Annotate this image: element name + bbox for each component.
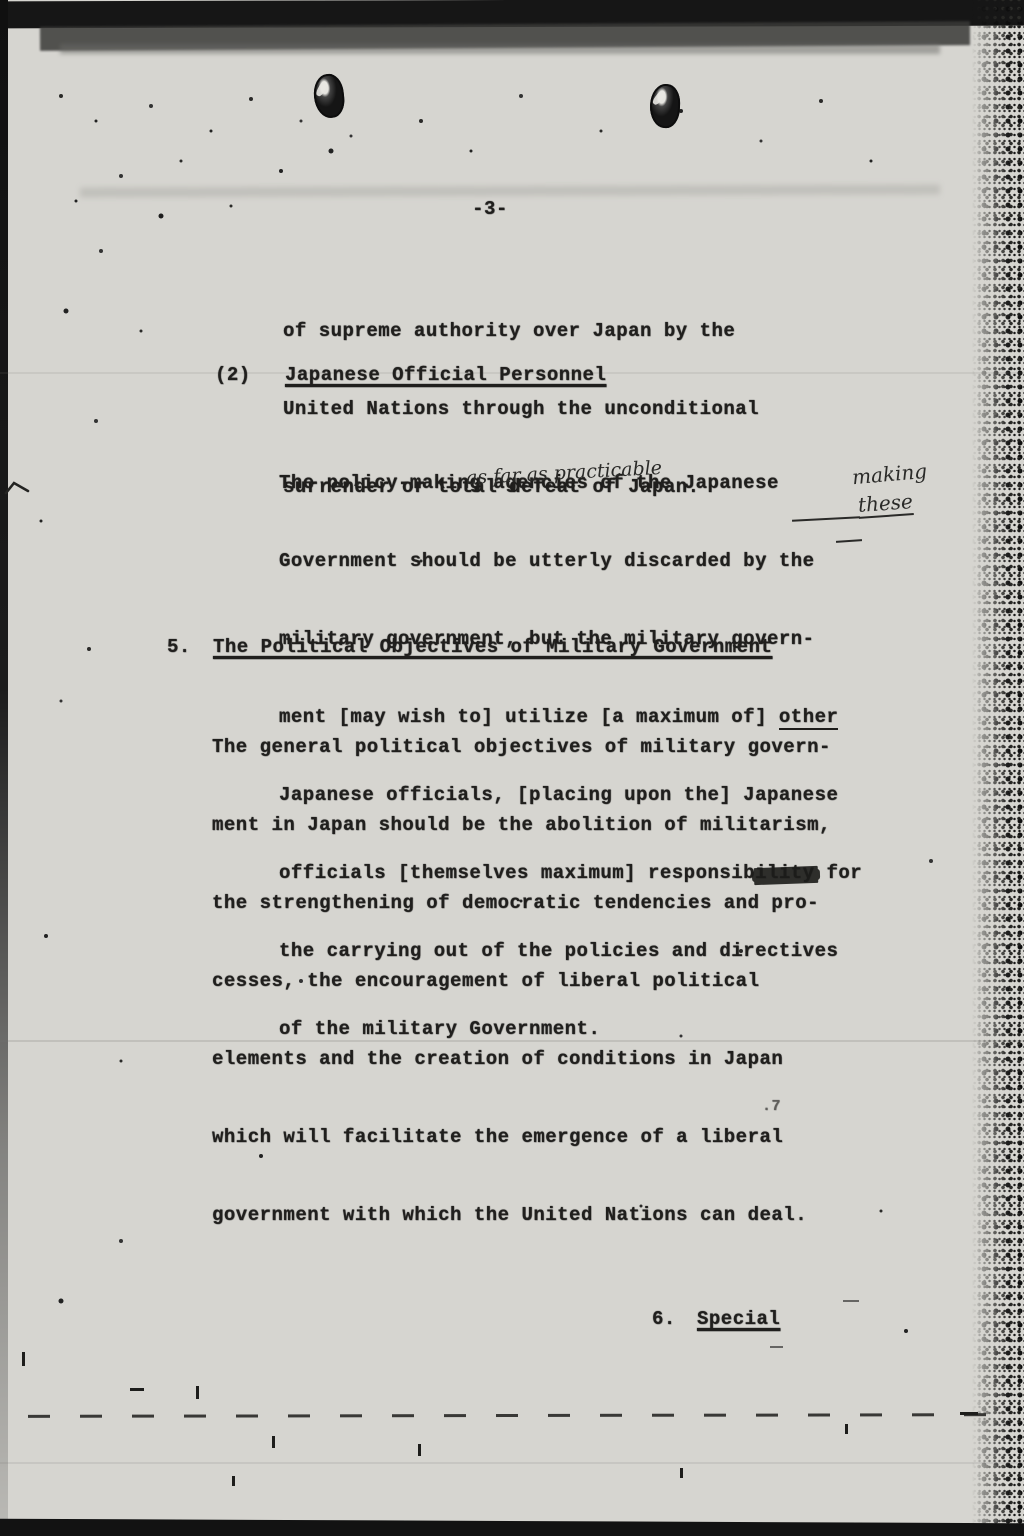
stray-tick xyxy=(22,1352,25,1366)
stray-dash xyxy=(770,1346,783,1348)
stray-pencil-mark: .7 xyxy=(762,1094,781,1120)
binding-brad-icon xyxy=(649,83,681,129)
section2-heading: Japanese Official Personnel xyxy=(285,362,606,388)
scan-edge-left xyxy=(0,0,8,1530)
section2-number: (2) xyxy=(215,362,251,388)
scan-edge-right-speckle xyxy=(972,0,1024,1536)
section5-body: The general political objectives of mili… xyxy=(212,682,831,1280)
body-line: which will facilitate the emergence of a… xyxy=(212,1124,831,1150)
body-line: ment in Japan should be the abolition of… xyxy=(212,812,831,838)
binding-brad-icon xyxy=(312,73,346,120)
bottom-dashed-line xyxy=(28,1413,1010,1418)
page-number: -3- xyxy=(440,196,540,222)
stray-tick xyxy=(272,1436,275,1448)
margin-caret-mark xyxy=(4,480,30,501)
stray-tick xyxy=(845,1424,848,1434)
handwritten-ditto-marks: ʺ ʺ xyxy=(338,482,360,498)
stray-dash xyxy=(960,1412,978,1415)
stray-tick xyxy=(418,1444,421,1456)
stray-dash xyxy=(130,1388,144,1391)
handwritten-margin-note: making xyxy=(851,459,928,489)
section5-heading: The Political Objectives of Military Gov… xyxy=(213,634,772,660)
body-line: the strengthening of democratic tendenci… xyxy=(212,890,831,916)
stray-dash xyxy=(843,1300,859,1302)
stray-tick xyxy=(680,1468,683,1478)
body-line: cesses, the encouragement of liberal pol… xyxy=(212,968,831,994)
body-line: government with which the United Nations… xyxy=(212,1202,831,1228)
section5-number: 5. xyxy=(167,634,191,660)
scan-edge-bottom xyxy=(0,1519,1024,1536)
handwritten-margin-note: these xyxy=(857,489,914,519)
scan-edge-top-smear-light xyxy=(60,44,940,54)
body-line: The general political objectives of mili… xyxy=(212,734,831,760)
scan-streak xyxy=(0,1462,1024,1464)
body-line: Government should be utterly discarded b… xyxy=(279,548,862,574)
intro-line: of supreme authority over Japan by the xyxy=(283,318,759,344)
scanned-document-page: -3- of supreme authority over Japan by t… xyxy=(0,0,1024,1536)
stray-tick xyxy=(196,1386,199,1399)
body-line: elements and the creation of conditions … xyxy=(212,1046,831,1072)
paper-speckles xyxy=(0,0,2,2)
section6-number: 6. xyxy=(652,1306,676,1332)
section6-heading: Special xyxy=(697,1306,780,1332)
stray-tick xyxy=(232,1476,235,1486)
